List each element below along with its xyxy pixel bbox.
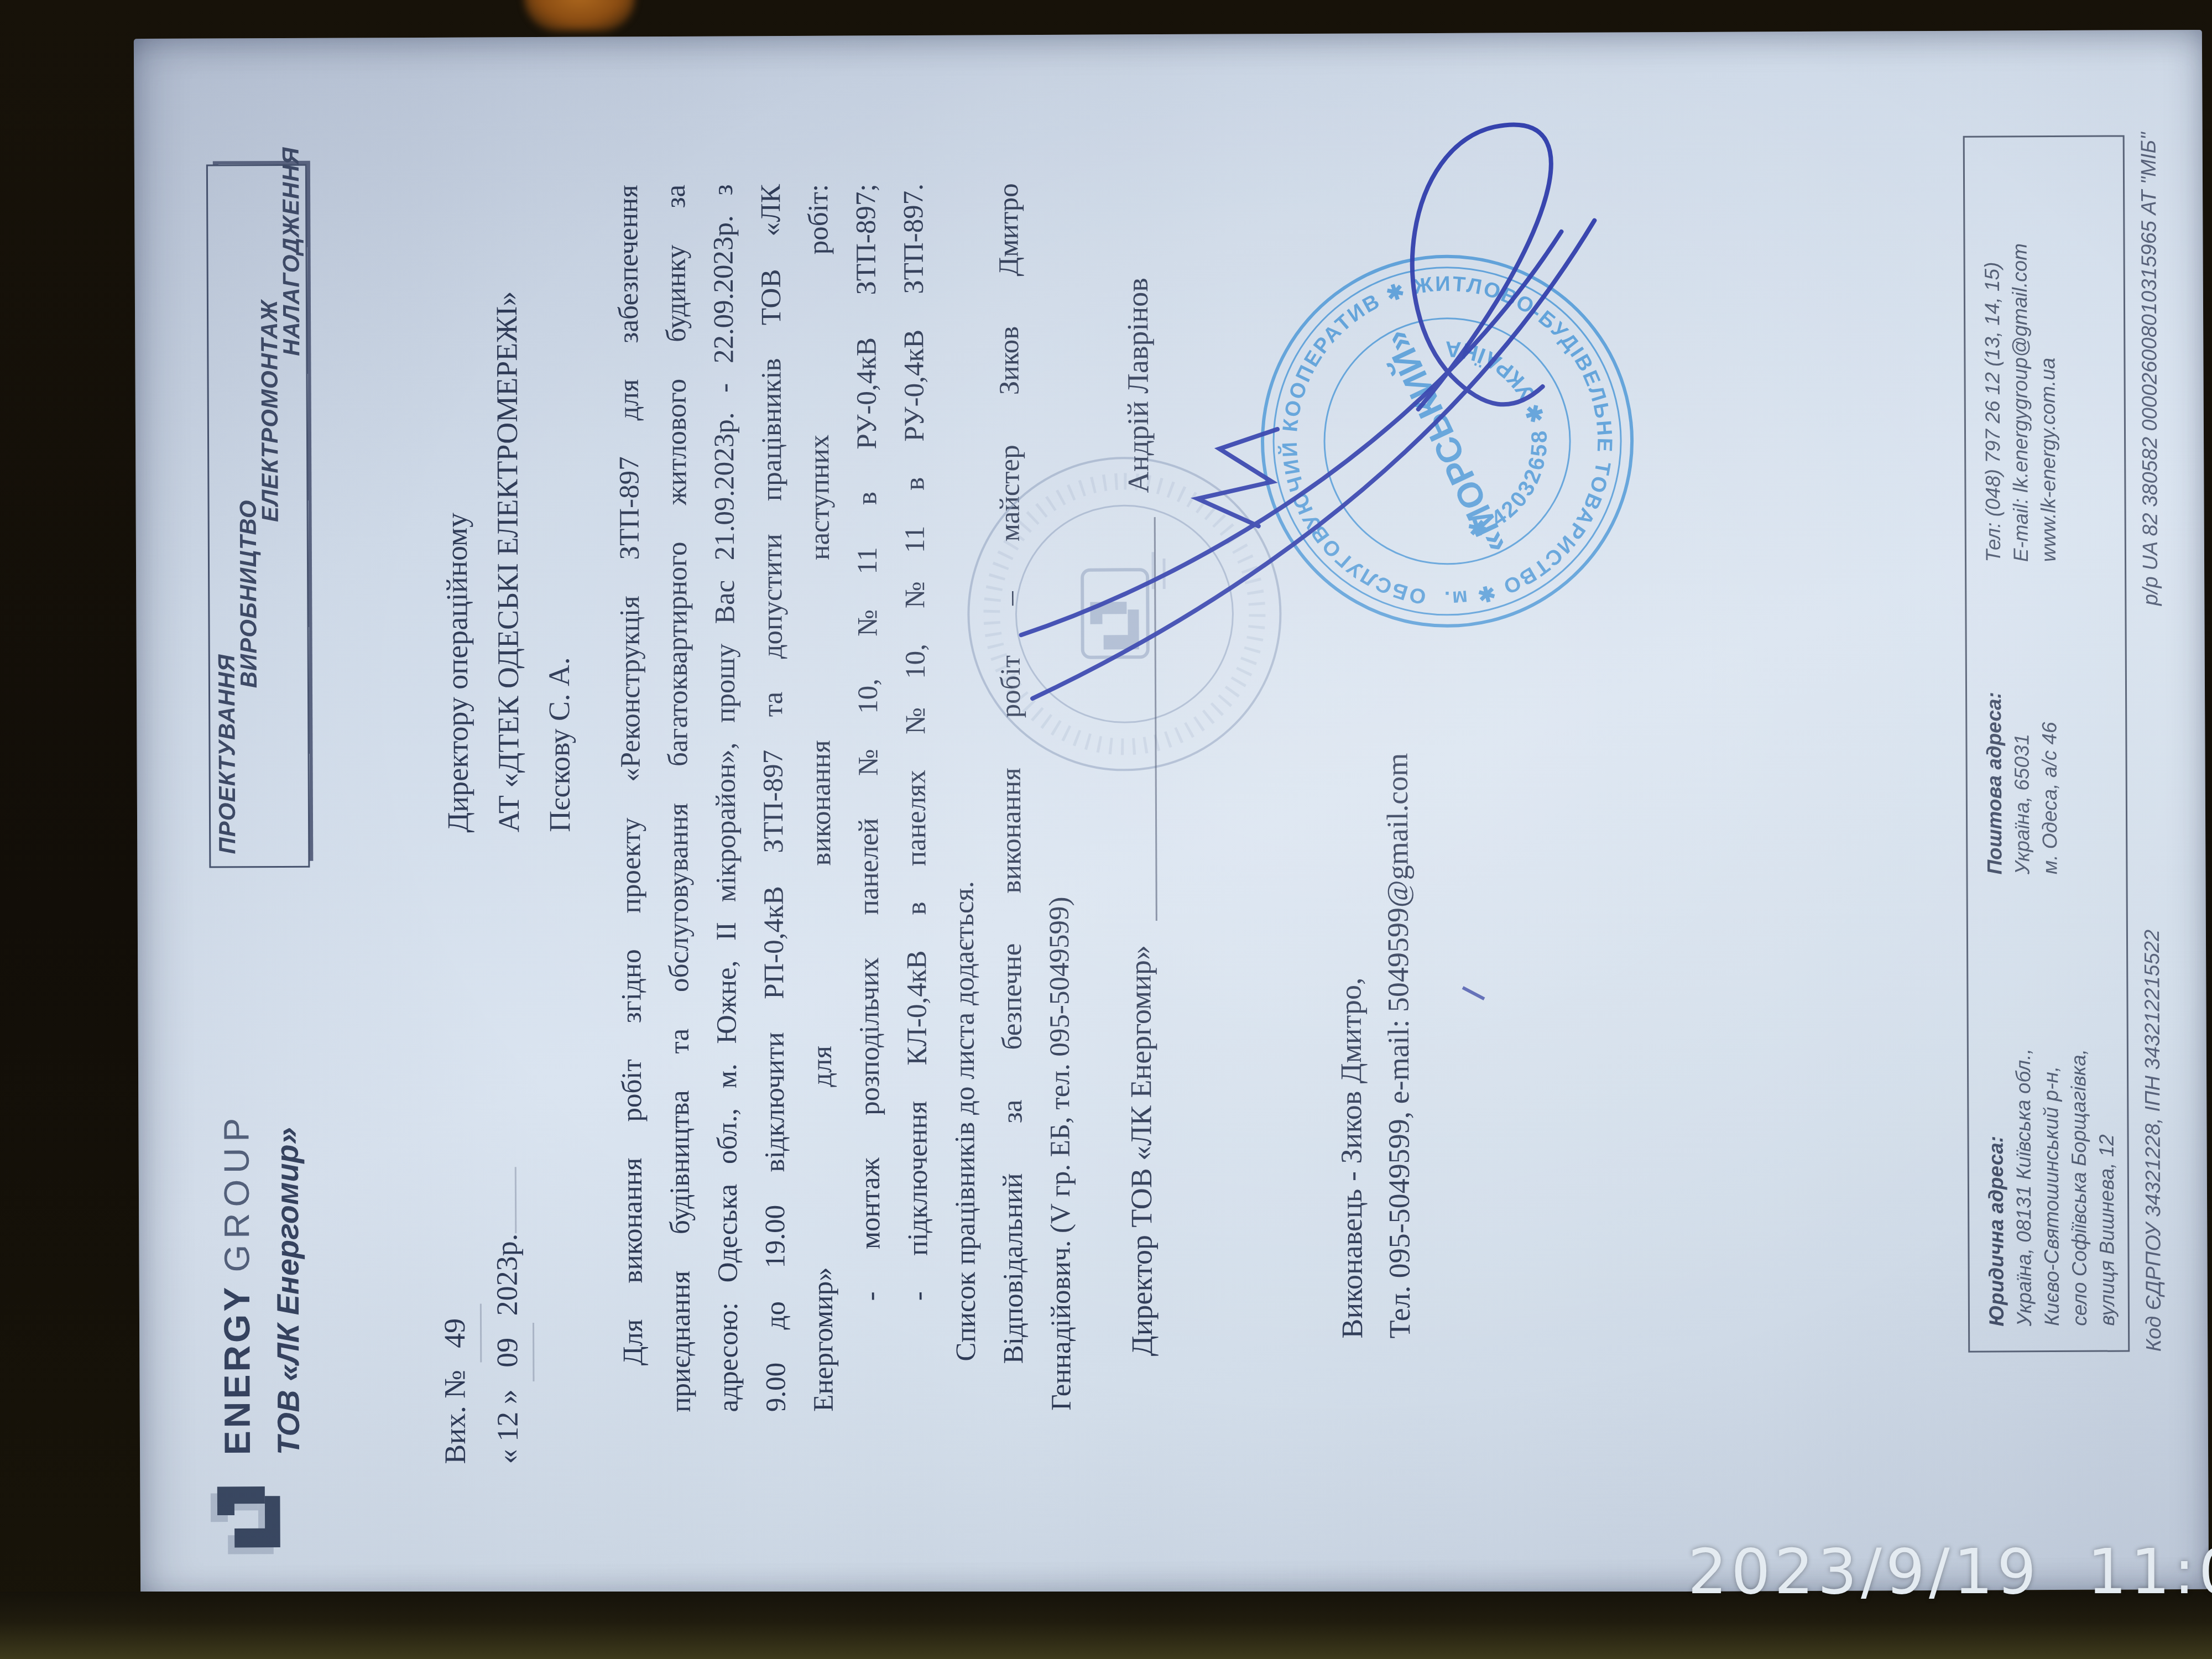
ref-number-line: Вих. № 49 bbox=[429, 1167, 482, 1464]
letter-content: ENERGY GROUP ТОВ «ЛК Енергомир» ПРОЕКТУВ… bbox=[134, 30, 2209, 1598]
footer-line: Тел: (048) 797 26 12 (13, 14, 15) bbox=[1978, 161, 2007, 562]
ref-year: 2023р. bbox=[490, 1234, 524, 1316]
pen-mark bbox=[1462, 982, 1487, 1000]
footer-legal-label: Юридична адреса: bbox=[1981, 891, 2011, 1326]
letterhead: ENERGY GROUP ТОВ «ЛК Енергомир» bbox=[200, 1112, 307, 1564]
ink-signature bbox=[997, 71, 1691, 765]
photo-frame: ENERGY GROUP ТОВ «ЛК Енергомир» ПРОЕКТУВ… bbox=[0, 0, 2212, 1659]
letter-paper: ENERGY GROUP ТОВ «ЛК Енергомир» ПРОЕКТУВ… bbox=[134, 30, 2209, 1598]
body-list-line: - підключення КЛ-0,4кВ в панелях №10, №1… bbox=[890, 184, 943, 1411]
body-line: Енергомир» для виконання наступних робіт… bbox=[795, 184, 848, 1412]
footer-codes-row: Код ЄДРПОУ 34321228, ІПН 343212215522 р/… bbox=[2137, 132, 2167, 1352]
service-item: НАЛАГОДЖЕННЯ bbox=[280, 178, 302, 356]
body-line: Для виконання робіт згідно проекту «Реко… bbox=[604, 185, 658, 1412]
outgoing-ref: Вих. № 49 « 12 » 09 2023р. bbox=[429, 1167, 535, 1464]
company-logo-mark bbox=[202, 1469, 298, 1565]
footer-postal-label: Поштова адреса: bbox=[1980, 578, 2008, 874]
footer-line: Києво-Святошинський р-н, bbox=[2037, 891, 2066, 1326]
orange-table-object bbox=[524, 0, 635, 31]
executor-block: Виконавець - Зиков Дмитро, Тел. 095-5049… bbox=[1326, 753, 1424, 1339]
signoff-title: Директор ТОВ «ЛК Енергомир» bbox=[1123, 945, 1159, 1357]
executor-line: Тел. 095-5049599, e-mail: 5049599@gmail.… bbox=[1374, 753, 1424, 1339]
footer-legal-address: Юридична адреса: Україна, 08131 Київська… bbox=[1981, 891, 2122, 1327]
ref-month: 09 bbox=[482, 1323, 534, 1382]
footer-line: село Софіївська Борщагівка, bbox=[2064, 891, 2094, 1326]
ref-day: « 12 » bbox=[491, 1389, 525, 1464]
body-list-line: - монтаж розподільчих панелей №10, №11 в… bbox=[842, 184, 895, 1411]
ref-number: 49 bbox=[429, 1304, 482, 1363]
recipient-block: Директору операційному АТ «ДТЕК ОДЕСЬКІ … bbox=[430, 291, 585, 833]
bank-account: р/р UA 82 380582 000026008010315965 АТ "… bbox=[2137, 132, 2163, 606]
body-line: адресою: Одеська обл., м. Южне, ІІ мікро… bbox=[700, 184, 753, 1412]
footer-line: Україна, 65031 bbox=[2007, 578, 2036, 874]
footer-line: E-mail: lk.energygroup@gmail.com bbox=[2006, 161, 2035, 562]
footer-line: вулиця Вишнева, 12 bbox=[2092, 891, 2121, 1326]
footer-line: www.lk-energy.com.ua bbox=[2033, 161, 2063, 562]
brand-text: ENERGY GROUP ТОВ «ЛК Енергомир» bbox=[200, 1112, 306, 1455]
footer-postal-address: Поштова адреса: Україна, 65031 м. Одеса,… bbox=[1980, 578, 2120, 874]
recipient-line: Пєскову С. А. bbox=[532, 291, 585, 832]
company-name: ТОВ «ЛК Енергомир» bbox=[269, 1112, 306, 1455]
ref-date-line: « 12 » 09 2023р. bbox=[481, 1167, 535, 1464]
footer-line: Україна, 08131 Київська обл., bbox=[2009, 891, 2038, 1326]
ref-prefix: Вих. № bbox=[438, 1370, 472, 1464]
recipient-line: АТ «ДТЕК ОДЕСЬКІ ЕЛЕКТРОМЕРЕЖІ» bbox=[481, 291, 534, 832]
footer-contacts: Тел: (048) 797 26 12 (13, 14, 15) E-mail… bbox=[1978, 161, 2119, 562]
body-line: 9.00 до 19.00 відключити РП-0,4кВ ЗТП-89… bbox=[747, 184, 800, 1412]
footer-box: Юридична адреса: Україна, 08131 Київська… bbox=[1963, 135, 2130, 1352]
body-line: Список працівників до листа додається. bbox=[937, 183, 990, 1411]
brand-energy: ENERGY bbox=[216, 1284, 258, 1455]
executor-line: Виконавець - Зиков Дмитро, bbox=[1326, 753, 1376, 1339]
brand-group: GROUP bbox=[216, 1112, 257, 1272]
body-line: приєднання будівництва та обслуговування… bbox=[652, 185, 705, 1412]
footer-line: м. Одеса, а/с 46 bbox=[2035, 578, 2064, 874]
camera-timestamp: 2023/9/19 11:04 bbox=[1688, 1536, 2212, 1608]
services-box: ПРОЕКТУВАННЯ ВИРОБНИЦТВО ЕЛЕКТРОМОНТАЖ Н… bbox=[206, 164, 310, 868]
edrpou-code: Код ЄДРПОУ 34321228, ІПН 343212215522 bbox=[2141, 930, 2166, 1352]
recipient-line: Директору операційному bbox=[430, 291, 483, 833]
